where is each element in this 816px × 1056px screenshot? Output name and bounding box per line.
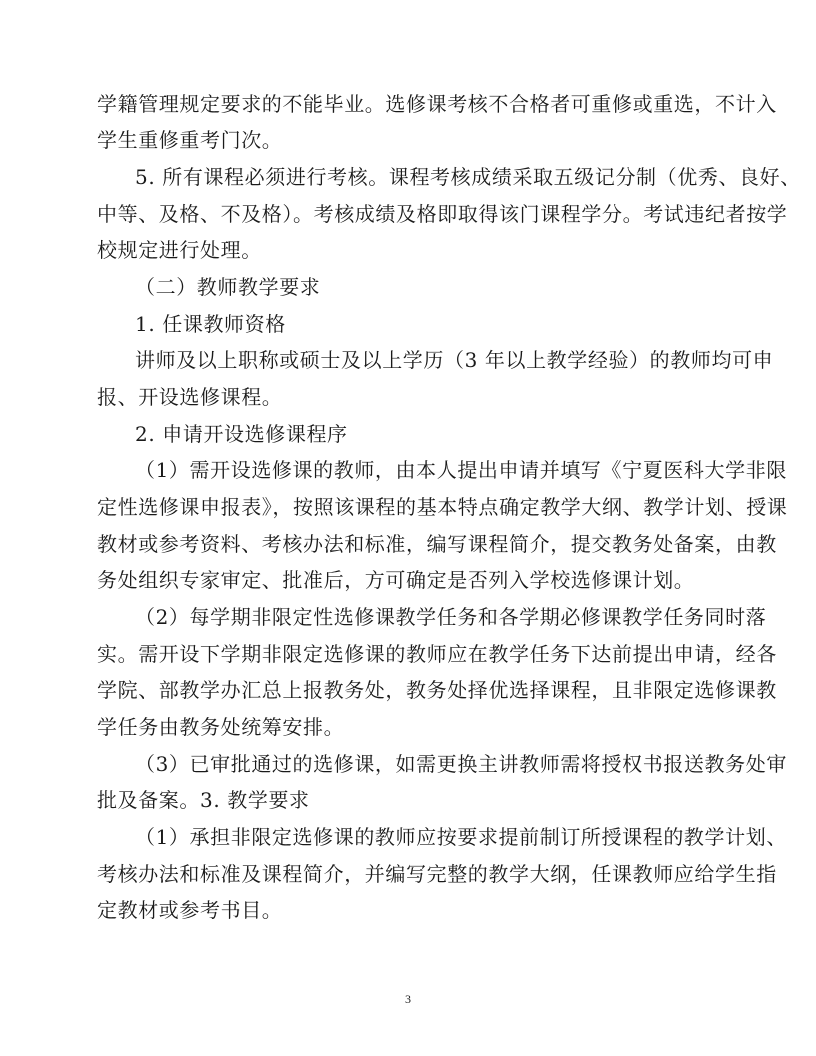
text-line: 学生重修重考门次。 (97, 128, 282, 152)
text-line: 定性选修课申报表》，按照该课程的基本特点确定教学大纲、教学计划、授课 (97, 495, 787, 519)
subsection-heading: 1. 任课教师资格 (135, 312, 286, 336)
text-line: 学籍管理规定要求的不能毕业。选修课考核不合格者可重修或重选，不计入 (97, 92, 777, 116)
text-line: 批及备案。3. 教学要求 (97, 788, 310, 812)
text-line: 校规定进行处理。 (97, 238, 262, 262)
text-line: 5. 所有课程必须进行考核。课程考核成绩采取五级记分制（优秀、良好、 (135, 165, 801, 189)
document-page: 学籍管理规定要求的不能毕业。选修课考核不合格者可重修或重选，不计入 学生重修重考… (0, 0, 816, 1056)
text-line: 中等、及格、不及格）。考核成绩及格即取得该门课程学分。考试违纪者按学 (97, 202, 787, 226)
text-line: （1）需开设选修课的教师，由本人提出申请并填写《宁夏医科大学非限 (135, 458, 787, 482)
text-line: 报、开设选修课程。 (97, 385, 282, 409)
text-line: 教材或参考资料、考核办法和标准，编写课程简介，提交教务处备案，由教 (97, 532, 777, 556)
text-line: 讲师及以上职称或硕士及以上学历（3 年以上教学经验）的教师均可申 (135, 348, 773, 372)
text-line: 考核办法和标准及课程简介，并编写完整的教学大纲，任课教师应给学生指 (97, 862, 777, 886)
text-line: 定教材或参考书目。 (97, 898, 282, 922)
subsection-heading: 2. 申请开设选修课程序 (135, 422, 348, 446)
text-line: 学任务由教务处统筹安排。 (97, 715, 344, 739)
text-line: 学院、部教学办汇总上报教务处，教务处择优选择课程，且非限定选修课教 (97, 678, 777, 702)
text-line: （2）每学期非限定性选修课教学任务和各学期必修课教学任务同时落 (135, 605, 766, 629)
text-line: （1）承担非限定选修课的教师应按要求提前制订所授课程的教学计划、 (135, 825, 787, 849)
text-line: （3）已审批通过的选修课，如需更换主讲教师需将授权书报送教务处审 (135, 752, 787, 776)
text-line: 务处组织专家审定、批准后，方可确定是否列入学校选修课计划。 (97, 568, 694, 592)
text-line: 实。需开设下学期非限定选修课的教师应在教学任务下达前提出申请，经各 (97, 642, 777, 666)
section-heading: （二）教师教学要求 (135, 275, 320, 299)
page-number: 3 (0, 992, 816, 1007)
